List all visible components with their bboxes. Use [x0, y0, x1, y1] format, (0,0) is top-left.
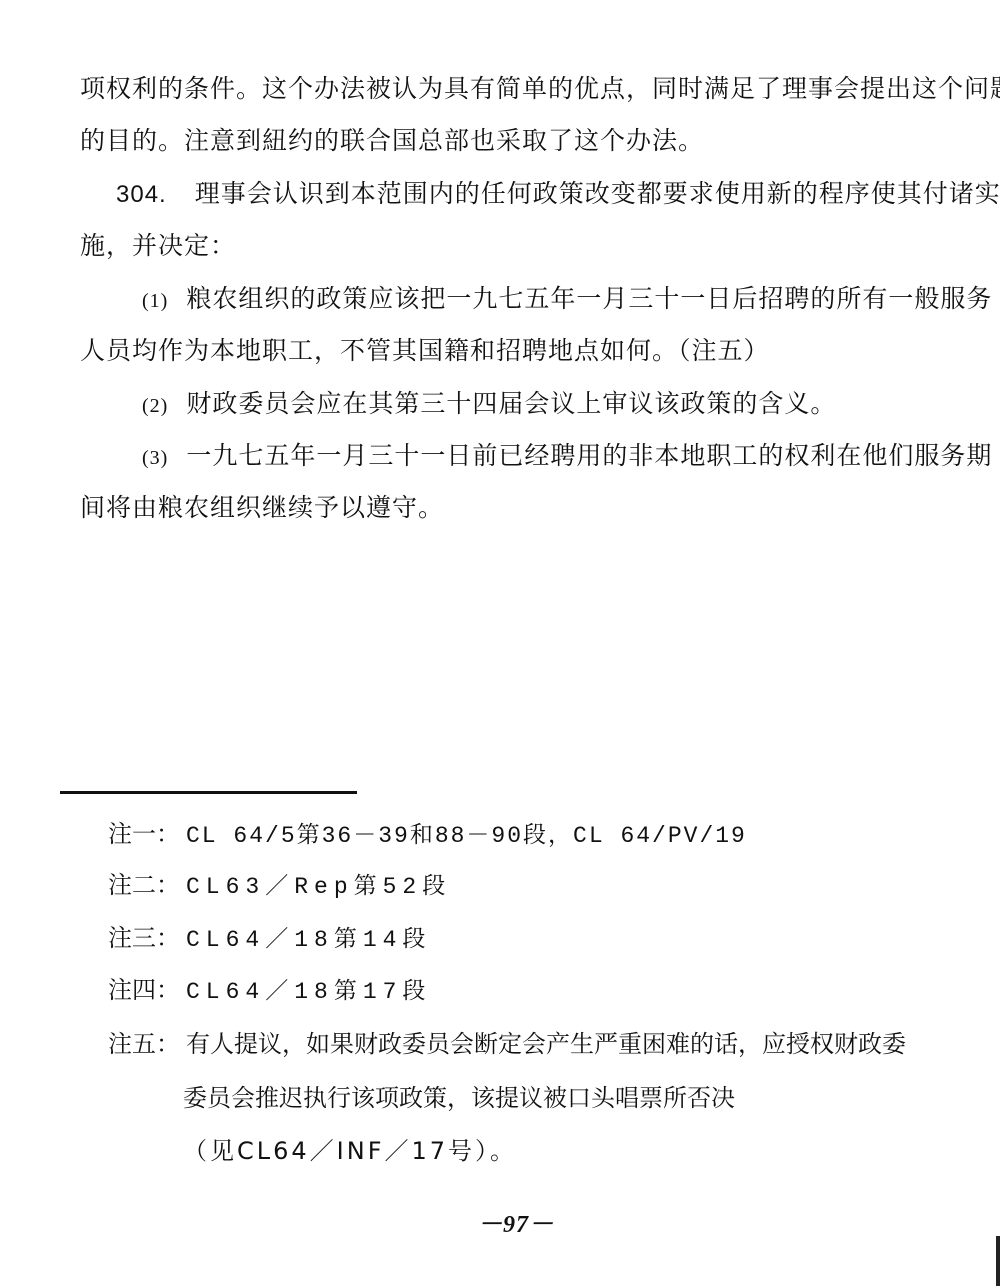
footnote-text: 有人提议，如果财政委员会断定会产生严重困难的话，应授权财政委 [186, 1030, 906, 1058]
paragraph-number: 304. [116, 181, 167, 208]
footnote-2: 注二：CL63／Rep第52段 [108, 869, 451, 903]
body-text-line: 施，并决定： [80, 230, 236, 262]
item-number: (2) [142, 395, 168, 417]
footnote-text: CL64／18第14段 [186, 927, 431, 953]
footnote-1: 注一：CL 64/5第36－39和88－90段，CL 64/PV/19 [108, 818, 747, 852]
body-text-line: 人员均作为本地职工，不管其国籍和招聘地点如何。（注五） [80, 335, 770, 367]
list-item-2: (2)财政委员会应在其第三十四届会议上审议该政策的含义。 [142, 388, 836, 422]
item-text: 粮农组织的政策应该把一九七五年一月三十一日后招聘的所有一般服务 [186, 284, 992, 313]
item-text: 一九七五年一月三十一日前已经聘用的非本地职工的权利在他们服务期 [186, 441, 992, 470]
item-number: (3) [142, 447, 168, 469]
footnote-5-continuation: 委员会推迟执行该项政策，该提议被口头唱票所否决 [183, 1082, 735, 1114]
item-text: 财政委员会应在其第三十四届会议上审议该政策的含义。 [186, 389, 836, 418]
body-text-line: 间将由粮农组织继续予以遵守。 [80, 492, 444, 524]
footnote-label: 注一： [108, 820, 180, 848]
footnote-3: 注三：CL64／18第14段 [108, 922, 431, 956]
body-text-line: 的目的。注意到紐约的联合国总部也采取了这个办法。 [80, 125, 704, 157]
footnote-label: 注三： [108, 924, 180, 952]
list-item-3: (3)一九七五年一月三十一日前已经聘用的非本地职工的权利在他们服务期 [142, 440, 992, 474]
paragraph-text: 理事会认识到本范围内的任何政策改变都要求使用新的程序使其付诸实 [195, 179, 1000, 208]
footnote-text: CL 64/5第36－39和88－90段，CL 64/PV/19 [186, 823, 747, 849]
footnote-5-continuation: （见CL64／INF／17号）。 [183, 1135, 517, 1167]
page-number: －97－ [478, 1204, 554, 1239]
footnote-4: 注四：CL64／18第17段 [108, 974, 431, 1008]
list-item-1: (1)粮农组织的政策应该把一九七五年一月三十一日后招聘的所有一般服务 [142, 283, 992, 317]
paragraph-304: 304.理事会认识到本范围内的任何政策改变都要求使用新的程序使其付诸实 [116, 178, 1000, 211]
scan-edge-mark [996, 1236, 1000, 1286]
body-text-line: 项权利的条件。这个办法被认为具有简单的优点，同时满足了理事会提出这个问题 [80, 73, 1000, 105]
footnote-label: 注五： [108, 1030, 180, 1058]
item-number: (1) [142, 290, 168, 312]
footnote-text: CL64／18第17段 [186, 979, 431, 1005]
footnote-5: 注五：有人提议，如果财政委员会断定会产生严重困难的话，应授权财政委 [108, 1028, 906, 1060]
footnote-text: CL63／Rep第52段 [186, 874, 451, 900]
footnote-label: 注四： [108, 976, 180, 1004]
footnote-divider [60, 791, 357, 794]
footnote-label: 注二： [108, 871, 180, 899]
